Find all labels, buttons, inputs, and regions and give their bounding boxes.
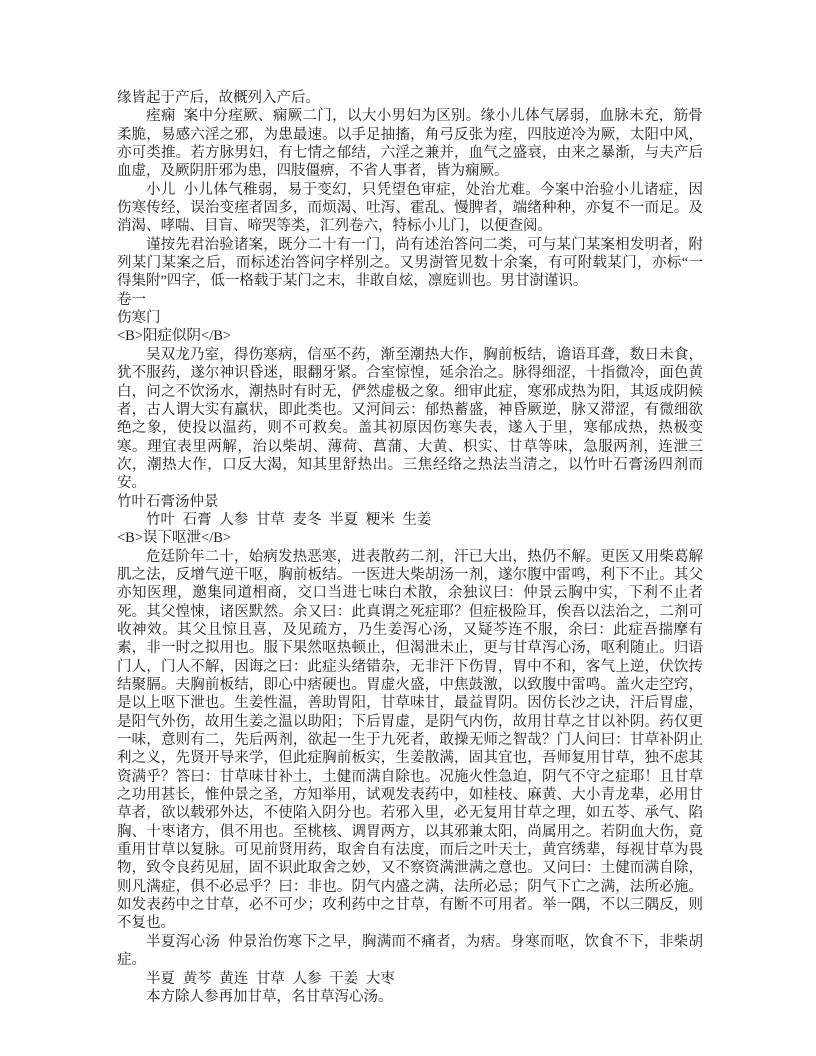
formula-note-banxia-xiexin: 半夏泻心汤 仲景治伤寒下之早，胸满而不痛者，为痞。身寒而呕，饮食不下，非柴胡症。 <box>117 933 703 970</box>
formula-ingredients-banxia-xiexin: 半夏 黄芩 黄连 甘草 人参 干姜 大枣 <box>117 970 703 988</box>
document-page: 缘皆起于产后，故概列入产后。 痓痫 案中分痓厥、痫厥二门，以大小男妇为区别。缘小… <box>117 89 703 1006</box>
volume-heading: 卷一 <box>117 291 703 309</box>
case-title-yangzheng-siyin: <B>阳症似阴</B> <box>117 327 703 345</box>
case-body-wushuanglong: 吴双龙乃室，得伤寒病，信巫不药，渐至潮热大作，胸前板结，谵语耳聋，数日未食，犹不… <box>117 346 703 493</box>
section-heading-shanghan: 伤寒门 <box>117 309 703 327</box>
preface-postscript-paragraph: 谨按先君治验诸案，既分二十有一门，尚有述治答问二类，可与某门某案相发明者，附列某… <box>117 236 703 291</box>
formula-ingredients-zhuye-shigao: 竹叶 石膏 人参 甘草 麦冬 半夏 粳米 生姜 <box>117 511 703 529</box>
preface-paragraph-xiaoer: 小儿 小儿体气稚弱，易于变幻，只凭望色审症，处治尤难。今案中治验小儿诸症，因伤寒… <box>117 181 703 236</box>
continuation-paragraph: 缘皆起于产后，故概列入产后。 <box>117 89 703 107</box>
case-body-weitingjie: 危廷阶年二十，始病发热恶寒，进表散药二剂，汗已大出，热仍不解。更医又用柴葛解肌之… <box>117 548 703 933</box>
preface-paragraph-jingxian: 痓痫 案中分痓厥、痫厥二门，以大小男妇为区别。缘小儿体气孱弱，血脉未充，筋骨柔脆… <box>117 107 703 180</box>
case-title-wuxia-outie: <B>误下呕泄</B> <box>117 529 703 547</box>
formula-name-zhuye-shigao: 竹叶石膏汤仲景 <box>117 493 703 511</box>
formula-note-gancao-xiexin: 本方除人参再加甘草，名甘草泻心汤。 <box>117 988 703 1006</box>
